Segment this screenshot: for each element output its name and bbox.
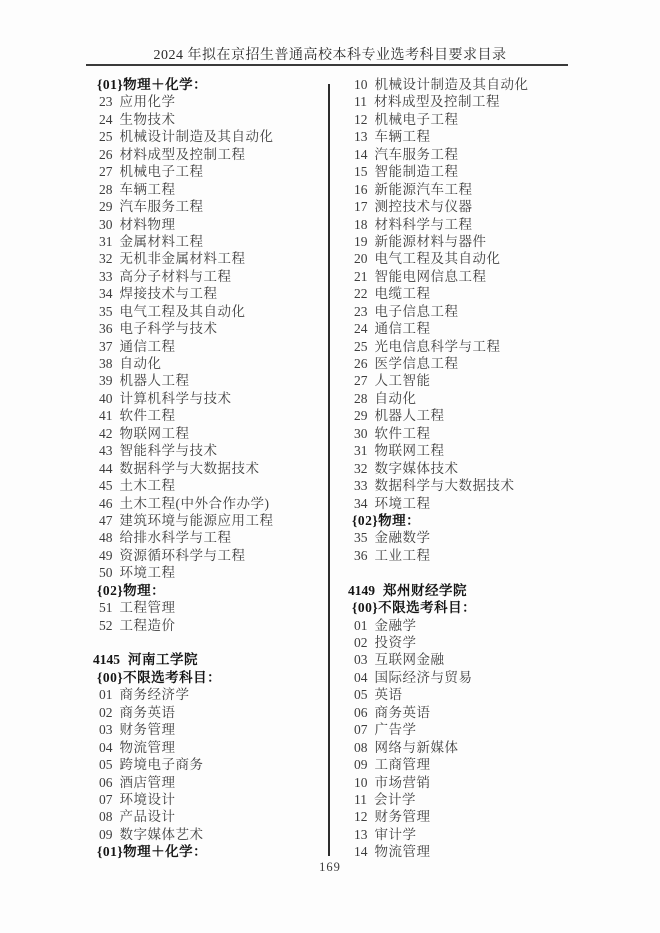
major-number: 02 <box>354 634 368 651</box>
major-number: 46 <box>99 495 113 512</box>
major-name: 土木工程(中外合作办学) <box>120 496 270 511</box>
major-number: 22 <box>354 285 368 302</box>
major-number: 27 <box>354 372 368 389</box>
major-name: 数据科学与大数据技术 <box>375 478 515 493</box>
major-number: 01 <box>354 617 368 634</box>
major-row: 10市场营销 <box>348 774 580 791</box>
major-number: 51 <box>99 599 113 616</box>
major-name: 国际经济与贸易 <box>375 670 473 685</box>
major-name: 人工智能 <box>375 373 431 388</box>
major-row: 32无机非金属材料工程 <box>93 250 325 267</box>
major-name: 应用化学 <box>120 94 176 109</box>
major-name: 高分子材料与工程 <box>120 269 232 284</box>
major-number: 24 <box>99 111 113 128</box>
subject-requirement-heading: {00}不限选考科目： <box>348 599 580 616</box>
major-row: 21智能电网信息工程 <box>348 268 580 285</box>
major-number: 32 <box>99 250 113 267</box>
major-row: 05英语 <box>348 686 580 703</box>
major-number: 03 <box>99 721 113 738</box>
major-name: 电子科学与技术 <box>120 321 218 336</box>
major-row: 06酒店管理 <box>93 774 325 791</box>
major-name: 车辆工程 <box>120 182 176 197</box>
major-row: 09数字媒体艺术 <box>93 826 325 843</box>
major-row: 11材料成型及控制工程 <box>348 93 580 110</box>
major-row: 02投资学 <box>348 634 580 651</box>
major-row: 36工业工程 <box>348 547 580 564</box>
major-row: 06商务英语 <box>348 704 580 721</box>
major-number: 13 <box>354 826 368 843</box>
major-row: 44数据科学与大数据技术 <box>93 460 325 477</box>
major-number: 43 <box>99 442 113 459</box>
major-row: 19新能源材料与器件 <box>348 233 580 250</box>
blank-line <box>348 564 580 581</box>
major-name: 建筑环境与能源应用工程 <box>120 513 274 528</box>
major-row: 31物联网工程 <box>348 442 580 459</box>
major-row: 35金融数学 <box>348 529 580 546</box>
major-name: 车辆工程 <box>375 129 431 144</box>
blank-line <box>93 634 325 651</box>
major-row: 27人工智能 <box>348 372 580 389</box>
major-number: 10 <box>354 774 368 791</box>
major-number: 11 <box>354 791 367 808</box>
major-name: 商务英语 <box>120 705 176 720</box>
major-row: 02商务英语 <box>93 704 325 721</box>
major-number: 20 <box>354 250 368 267</box>
major-row: 37通信工程 <box>93 338 325 355</box>
major-row: 03互联网金融 <box>348 651 580 668</box>
major-name: 环境工程 <box>120 565 176 580</box>
major-row: 48给排水科学与工程 <box>93 529 325 546</box>
major-name: 医学信息工程 <box>375 356 459 371</box>
major-name: 焊接技术与工程 <box>120 286 218 301</box>
major-name: 新能源汽车工程 <box>375 182 473 197</box>
major-number: 03 <box>354 651 368 668</box>
major-row: 13审计学 <box>348 826 580 843</box>
major-number: 07 <box>99 791 113 808</box>
major-row: 08产品设计 <box>93 808 325 825</box>
header-divider-rule <box>86 64 568 66</box>
major-number: 47 <box>99 512 113 529</box>
major-number: 36 <box>354 547 368 564</box>
school-row: 4149郑州财经学院 <box>348 582 580 599</box>
major-row: 52工程造价 <box>93 617 325 634</box>
major-number: 01 <box>99 686 113 703</box>
major-name: 计算机科学与技术 <box>120 391 232 406</box>
major-name: 财务管理 <box>375 809 431 824</box>
page-title: 2024 年拟在京招生普通高校本科专业选考科目要求目录 <box>0 44 660 64</box>
major-name: 资源循环科学与工程 <box>120 548 246 563</box>
major-name: 通信工程 <box>375 321 431 336</box>
major-row: 13车辆工程 <box>348 128 580 145</box>
major-row: 38自动化 <box>93 355 325 372</box>
major-name: 环境设计 <box>120 792 176 807</box>
major-number: 29 <box>99 198 113 215</box>
major-number: 25 <box>354 338 368 355</box>
page-number: 169 <box>0 860 660 875</box>
major-number: 07 <box>354 721 368 738</box>
major-name: 工业工程 <box>375 548 431 563</box>
major-row: 04国际经济与贸易 <box>348 669 580 686</box>
school-row: 4145河南工学院 <box>93 651 325 668</box>
major-name: 物流管理 <box>375 844 431 859</box>
major-name: 财务管理 <box>120 722 176 737</box>
major-number: 30 <box>354 425 368 442</box>
major-number: 12 <box>354 111 368 128</box>
major-name: 自动化 <box>120 356 162 371</box>
subject-requirement-heading: {02}物理： <box>93 582 325 599</box>
school-name: 河南工学院 <box>128 652 198 667</box>
major-name: 无机非金属材料工程 <box>120 251 246 266</box>
major-number: 13 <box>354 128 368 145</box>
major-name: 智能科学与技术 <box>120 443 218 458</box>
major-row: 45土木工程 <box>93 477 325 494</box>
major-number: 50 <box>99 564 113 581</box>
major-name: 通信工程 <box>120 339 176 354</box>
major-name: 英语 <box>375 687 403 702</box>
major-number: 23 <box>354 303 368 320</box>
major-name: 汽车服务工程 <box>120 199 204 214</box>
major-number: 09 <box>354 756 368 773</box>
major-row: 32数字媒体技术 <box>348 460 580 477</box>
major-number: 02 <box>99 704 113 721</box>
major-name: 市场营销 <box>375 775 431 790</box>
major-number: 37 <box>99 338 113 355</box>
major-row: 10机械设计制造及其自动化 <box>348 76 580 93</box>
major-number: 34 <box>99 285 113 302</box>
school-name: 郑州财经学院 <box>383 583 467 598</box>
major-number: 36 <box>99 320 113 337</box>
major-number: 14 <box>354 843 368 860</box>
major-number: 10 <box>354 76 368 93</box>
major-row: 08网络与新媒体 <box>348 739 580 756</box>
major-number: 14 <box>354 146 368 163</box>
major-number: 52 <box>99 617 113 634</box>
major-number: 05 <box>99 756 113 773</box>
left-column: {01}物理＋化学：23应用化学24生物技术25机械设计制造及其自动化26材料成… <box>93 76 325 861</box>
major-number: 08 <box>99 808 113 825</box>
major-row: 07广告学 <box>348 721 580 738</box>
major-row: 42物联网工程 <box>93 425 325 442</box>
major-number: 24 <box>354 320 368 337</box>
major-name: 工程造价 <box>120 618 176 633</box>
major-number: 39 <box>99 372 113 389</box>
major-name: 工程管理 <box>120 600 176 615</box>
major-name: 产品设计 <box>120 809 176 824</box>
major-number: 06 <box>354 704 368 721</box>
major-name: 环境工程 <box>375 496 431 511</box>
major-number: 40 <box>99 390 113 407</box>
major-name: 机械设计制造及其自动化 <box>120 129 274 144</box>
major-name: 材料科学与工程 <box>375 217 473 232</box>
major-row: 25机械设计制造及其自动化 <box>93 128 325 145</box>
major-number: 44 <box>99 460 113 477</box>
major-row: 27机械电子工程 <box>93 163 325 180</box>
major-number: 05 <box>354 686 368 703</box>
major-row: 14汽车服务工程 <box>348 146 580 163</box>
major-name: 投资学 <box>375 635 417 650</box>
right-column: 10机械设计制造及其自动化11材料成型及控制工程12机械电子工程13车辆工程14… <box>348 76 580 861</box>
major-number: 28 <box>354 390 368 407</box>
major-name: 电气工程及其自动化 <box>375 251 501 266</box>
major-name: 软件工程 <box>375 426 431 441</box>
major-row: 12财务管理 <box>348 808 580 825</box>
subject-requirement-heading: {02}物理： <box>348 512 580 529</box>
major-name: 电子信息工程 <box>375 304 459 319</box>
major-name: 互联网金融 <box>375 652 445 667</box>
major-name: 审计学 <box>375 827 417 842</box>
major-number: 19 <box>354 233 368 250</box>
major-name: 数据科学与大数据技术 <box>120 461 260 476</box>
major-name: 酒店管理 <box>120 775 176 790</box>
major-name: 生物技术 <box>120 112 176 127</box>
major-number: 31 <box>354 442 368 459</box>
major-number: 31 <box>99 233 113 250</box>
major-row: 51工程管理 <box>93 599 325 616</box>
major-number: 06 <box>99 774 113 791</box>
major-name: 跨境电子商务 <box>120 757 204 772</box>
major-row: 25光电信息科学与工程 <box>348 338 580 355</box>
major-number: 26 <box>99 146 113 163</box>
major-name: 网络与新媒体 <box>375 740 459 755</box>
major-number: 29 <box>354 407 368 424</box>
major-number: 11 <box>354 93 367 110</box>
major-name: 给排水科学与工程 <box>120 530 232 545</box>
major-name: 智能制造工程 <box>375 164 459 179</box>
major-row: 01金融学 <box>348 617 580 634</box>
major-name: 金融学 <box>375 618 417 633</box>
major-number: 33 <box>99 268 113 285</box>
major-number: 21 <box>354 268 368 285</box>
major-row: 36电子科学与技术 <box>93 320 325 337</box>
major-number: 08 <box>354 739 368 756</box>
major-number: 28 <box>99 181 113 198</box>
major-number: 30 <box>99 216 113 233</box>
major-name: 新能源材料与器件 <box>375 234 487 249</box>
major-number: 15 <box>354 163 368 180</box>
subject-requirement-heading: {00}不限选考科目： <box>93 669 325 686</box>
major-number: 16 <box>354 181 368 198</box>
major-name: 机械电子工程 <box>375 112 459 127</box>
major-name: 数字媒体艺术 <box>120 827 204 842</box>
major-row: 12机械电子工程 <box>348 111 580 128</box>
major-name: 物联网工程 <box>375 443 445 458</box>
major-number: 09 <box>99 826 113 843</box>
major-row: 50环境工程 <box>93 564 325 581</box>
major-row: 28车辆工程 <box>93 181 325 198</box>
major-row: 05跨境电子商务 <box>93 756 325 773</box>
major-row: 33数据科学与大数据技术 <box>348 477 580 494</box>
document-page: 2024 年拟在京招生普通高校本科专业选考科目要求目录 {01}物理＋化学：23… <box>0 0 660 933</box>
major-number: 41 <box>99 407 113 424</box>
major-name: 物流管理 <box>120 740 176 755</box>
major-number: 25 <box>99 128 113 145</box>
major-name: 商务经济学 <box>120 687 190 702</box>
major-number: 04 <box>354 669 368 686</box>
major-name: 机器人工程 <box>375 408 445 423</box>
major-number: 35 <box>99 303 113 320</box>
major-name: 广告学 <box>375 722 417 737</box>
major-number: 33 <box>354 477 368 494</box>
subject-requirement-heading: {01}物理＋化学： <box>93 843 325 860</box>
major-number: 35 <box>354 529 368 546</box>
major-number: 42 <box>99 425 113 442</box>
major-row: 29机器人工程 <box>348 407 580 424</box>
major-number: 04 <box>99 739 113 756</box>
major-number: 38 <box>99 355 113 372</box>
major-name: 机器人工程 <box>120 373 190 388</box>
major-name: 软件工程 <box>120 408 176 423</box>
major-row: 31金属材料工程 <box>93 233 325 250</box>
major-row: 15智能制造工程 <box>348 163 580 180</box>
major-row: 24生物技术 <box>93 111 325 128</box>
major-row: 26医学信息工程 <box>348 355 580 372</box>
major-number: 12 <box>354 808 368 825</box>
major-row: 30材料物理 <box>93 216 325 233</box>
major-number: 48 <box>99 529 113 546</box>
major-row: 29汽车服务工程 <box>93 198 325 215</box>
major-name: 智能电网信息工程 <box>375 269 487 284</box>
major-row: 43智能科学与技术 <box>93 442 325 459</box>
major-number: 18 <box>354 216 368 233</box>
subject-requirement-heading: {01}物理＋化学： <box>93 76 325 93</box>
major-row: 16新能源汽车工程 <box>348 181 580 198</box>
major-number: 17 <box>354 198 368 215</box>
major-row: 22电缆工程 <box>348 285 580 302</box>
major-name: 物联网工程 <box>120 426 190 441</box>
major-row: 30软件工程 <box>348 425 580 442</box>
major-row: 09工商管理 <box>348 756 580 773</box>
major-name: 材料物理 <box>120 217 176 232</box>
major-row: 41软件工程 <box>93 407 325 424</box>
major-row: 40计算机科学与技术 <box>93 390 325 407</box>
major-row: 01商务经济学 <box>93 686 325 703</box>
major-row: 23电子信息工程 <box>348 303 580 320</box>
major-row: 47建筑环境与能源应用工程 <box>93 512 325 529</box>
major-number: 23 <box>99 93 113 110</box>
major-name: 机械设计制造及其自动化 <box>375 77 529 92</box>
two-column-body: {01}物理＋化学：23应用化学24生物技术25机械设计制造及其自动化26材料成… <box>0 76 660 866</box>
major-row: 18材料科学与工程 <box>348 216 580 233</box>
major-name: 商务英语 <box>375 705 431 720</box>
school-code: 4145 <box>93 651 120 668</box>
major-row: 04物流管理 <box>93 739 325 756</box>
major-row: 20电气工程及其自动化 <box>348 250 580 267</box>
school-code: 4149 <box>348 582 375 599</box>
major-name: 电气工程及其自动化 <box>120 304 246 319</box>
major-row: 17测控技术与仪器 <box>348 198 580 215</box>
major-row: 39机器人工程 <box>93 372 325 389</box>
major-number: 32 <box>354 460 368 477</box>
major-name: 会计学 <box>374 792 416 807</box>
major-row: 11会计学 <box>348 791 580 808</box>
major-name: 电缆工程 <box>375 286 431 301</box>
major-name: 土木工程 <box>120 478 176 493</box>
major-row: 34环境工程 <box>348 495 580 512</box>
major-row: 46土木工程(中外合作办学) <box>93 495 325 512</box>
column-divider-rule <box>328 84 330 856</box>
major-row: 24通信工程 <box>348 320 580 337</box>
major-name: 光电信息科学与工程 <box>375 339 501 354</box>
major-row: 49资源循环科学与工程 <box>93 547 325 564</box>
major-row: 26材料成型及控制工程 <box>93 146 325 163</box>
major-row: 14物流管理 <box>348 843 580 860</box>
major-row: 03财务管理 <box>93 721 325 738</box>
major-name: 汽车服务工程 <box>375 147 459 162</box>
major-row: 28自动化 <box>348 390 580 407</box>
major-name: 材料成型及控制工程 <box>374 94 500 109</box>
major-number: 27 <box>99 163 113 180</box>
major-name: 机械电子工程 <box>120 164 204 179</box>
major-name: 金属材料工程 <box>120 234 204 249</box>
major-row: 35电气工程及其自动化 <box>93 303 325 320</box>
major-number: 45 <box>99 477 113 494</box>
major-row: 23应用化学 <box>93 93 325 110</box>
major-row: 34焊接技术与工程 <box>93 285 325 302</box>
major-name: 工商管理 <box>375 757 431 772</box>
major-number: 49 <box>99 547 113 564</box>
major-name: 测控技术与仪器 <box>375 199 473 214</box>
major-name: 自动化 <box>375 391 417 406</box>
major-row: 07环境设计 <box>93 791 325 808</box>
major-name: 材料成型及控制工程 <box>120 147 246 162</box>
major-row: 33高分子材料与工程 <box>93 268 325 285</box>
major-number: 34 <box>354 495 368 512</box>
major-number: 26 <box>354 355 368 372</box>
major-name: 金融数学 <box>375 530 431 545</box>
major-name: 数字媒体技术 <box>375 461 459 476</box>
